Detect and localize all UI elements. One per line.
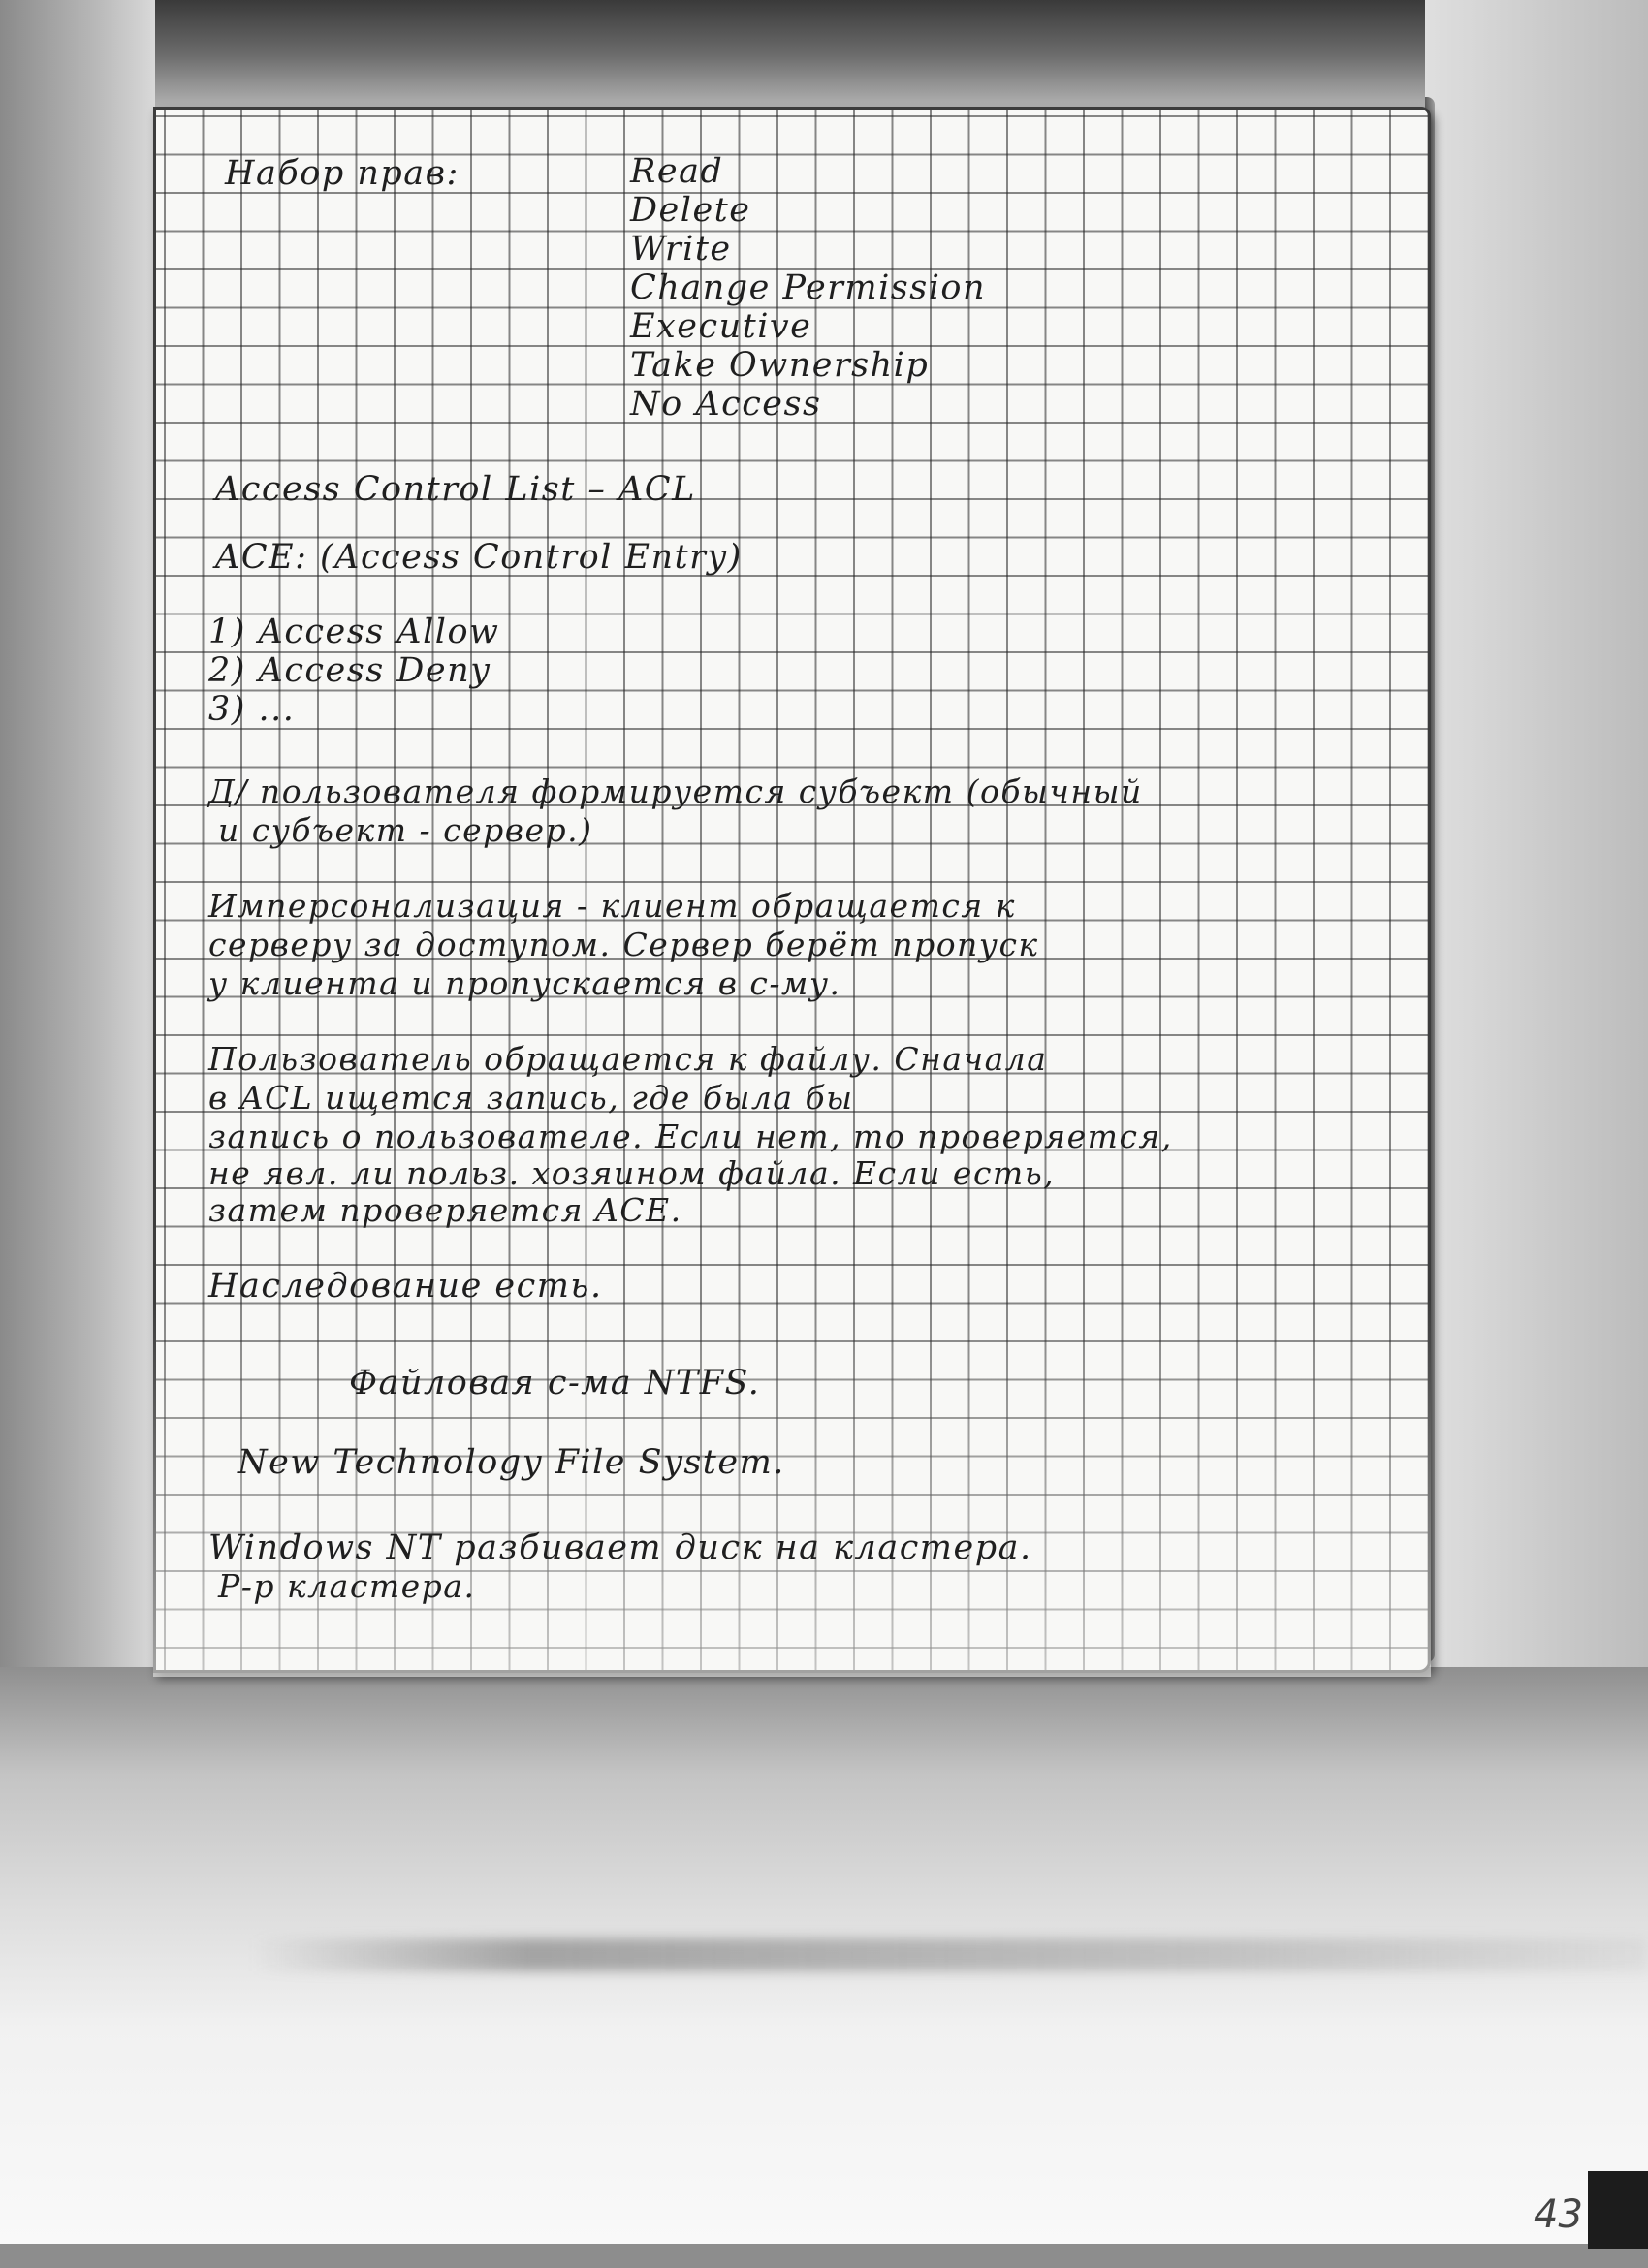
scan-streak [252, 1938, 1648, 1971]
ntfs-line: Р-р кластера. [218, 1570, 475, 1602]
file-access-line: в ACL ищется запись, где была бы [208, 1082, 854, 1114]
ace-item: 2) Access Deny [208, 654, 491, 688]
file-access-line: не явл. ли польз. хозяином файла. Если е… [208, 1157, 1055, 1189]
file-access-line: Пользователь обращается к файлу. Сначала [208, 1043, 1047, 1075]
subject-line: Д/ пользователя формируется субъект (обы… [208, 775, 1143, 807]
rights-item: Delete [630, 194, 986, 233]
file-access-line: затем проверяется ACE. [208, 1194, 682, 1226]
page-fade [153, 1299, 1431, 1677]
scan-bottom-band [0, 2244, 1648, 2268]
scan-shadow-right [1425, 0, 1648, 1696]
page-number: 43 [1534, 2192, 1583, 2237]
scan-corner [1588, 2171, 1648, 2249]
rights-item: Write [630, 233, 986, 271]
rights-item: Executive [630, 310, 986, 349]
ntfs-heading: Файловая с-ма NTFS. [349, 1367, 760, 1401]
impersonation-line: Имперсонализация - клиент обращается к [208, 890, 1016, 922]
rights-list: Read Delete Write Change Permission Exec… [630, 155, 986, 426]
ntfs-line: Windows NT разбивает диск на кластера. [208, 1531, 1032, 1565]
file-access-line: запись о пользователе. Если нет, то пров… [208, 1120, 1173, 1152]
rights-item: Change Permission [630, 271, 986, 310]
ace-item: 3) ... [208, 693, 295, 727]
inheritance-line: Наследование есть. [208, 1270, 603, 1304]
rights-heading: Набор прав: [225, 157, 460, 191]
impersonation-line: серверу за доступом. Сервер берёт пропус… [208, 929, 1039, 961]
ace-line: ACE: (Access Control Entry) [215, 541, 743, 575]
subject-line: и субъект - сервер.) [218, 814, 593, 846]
rights-item: Take Ownership [630, 349, 986, 388]
rights-item: No Access [630, 388, 986, 426]
scan-shadow-left [0, 0, 155, 1706]
rights-item: Read [630, 155, 986, 194]
ntfs-expansion: New Technology File System. [238, 1446, 785, 1480]
impersonation-line: у клиента и пропускается в с-му. [208, 967, 841, 999]
ace-item: 1) Access Allow [208, 615, 499, 649]
acl-line: Access Control List – ACL [215, 473, 696, 507]
